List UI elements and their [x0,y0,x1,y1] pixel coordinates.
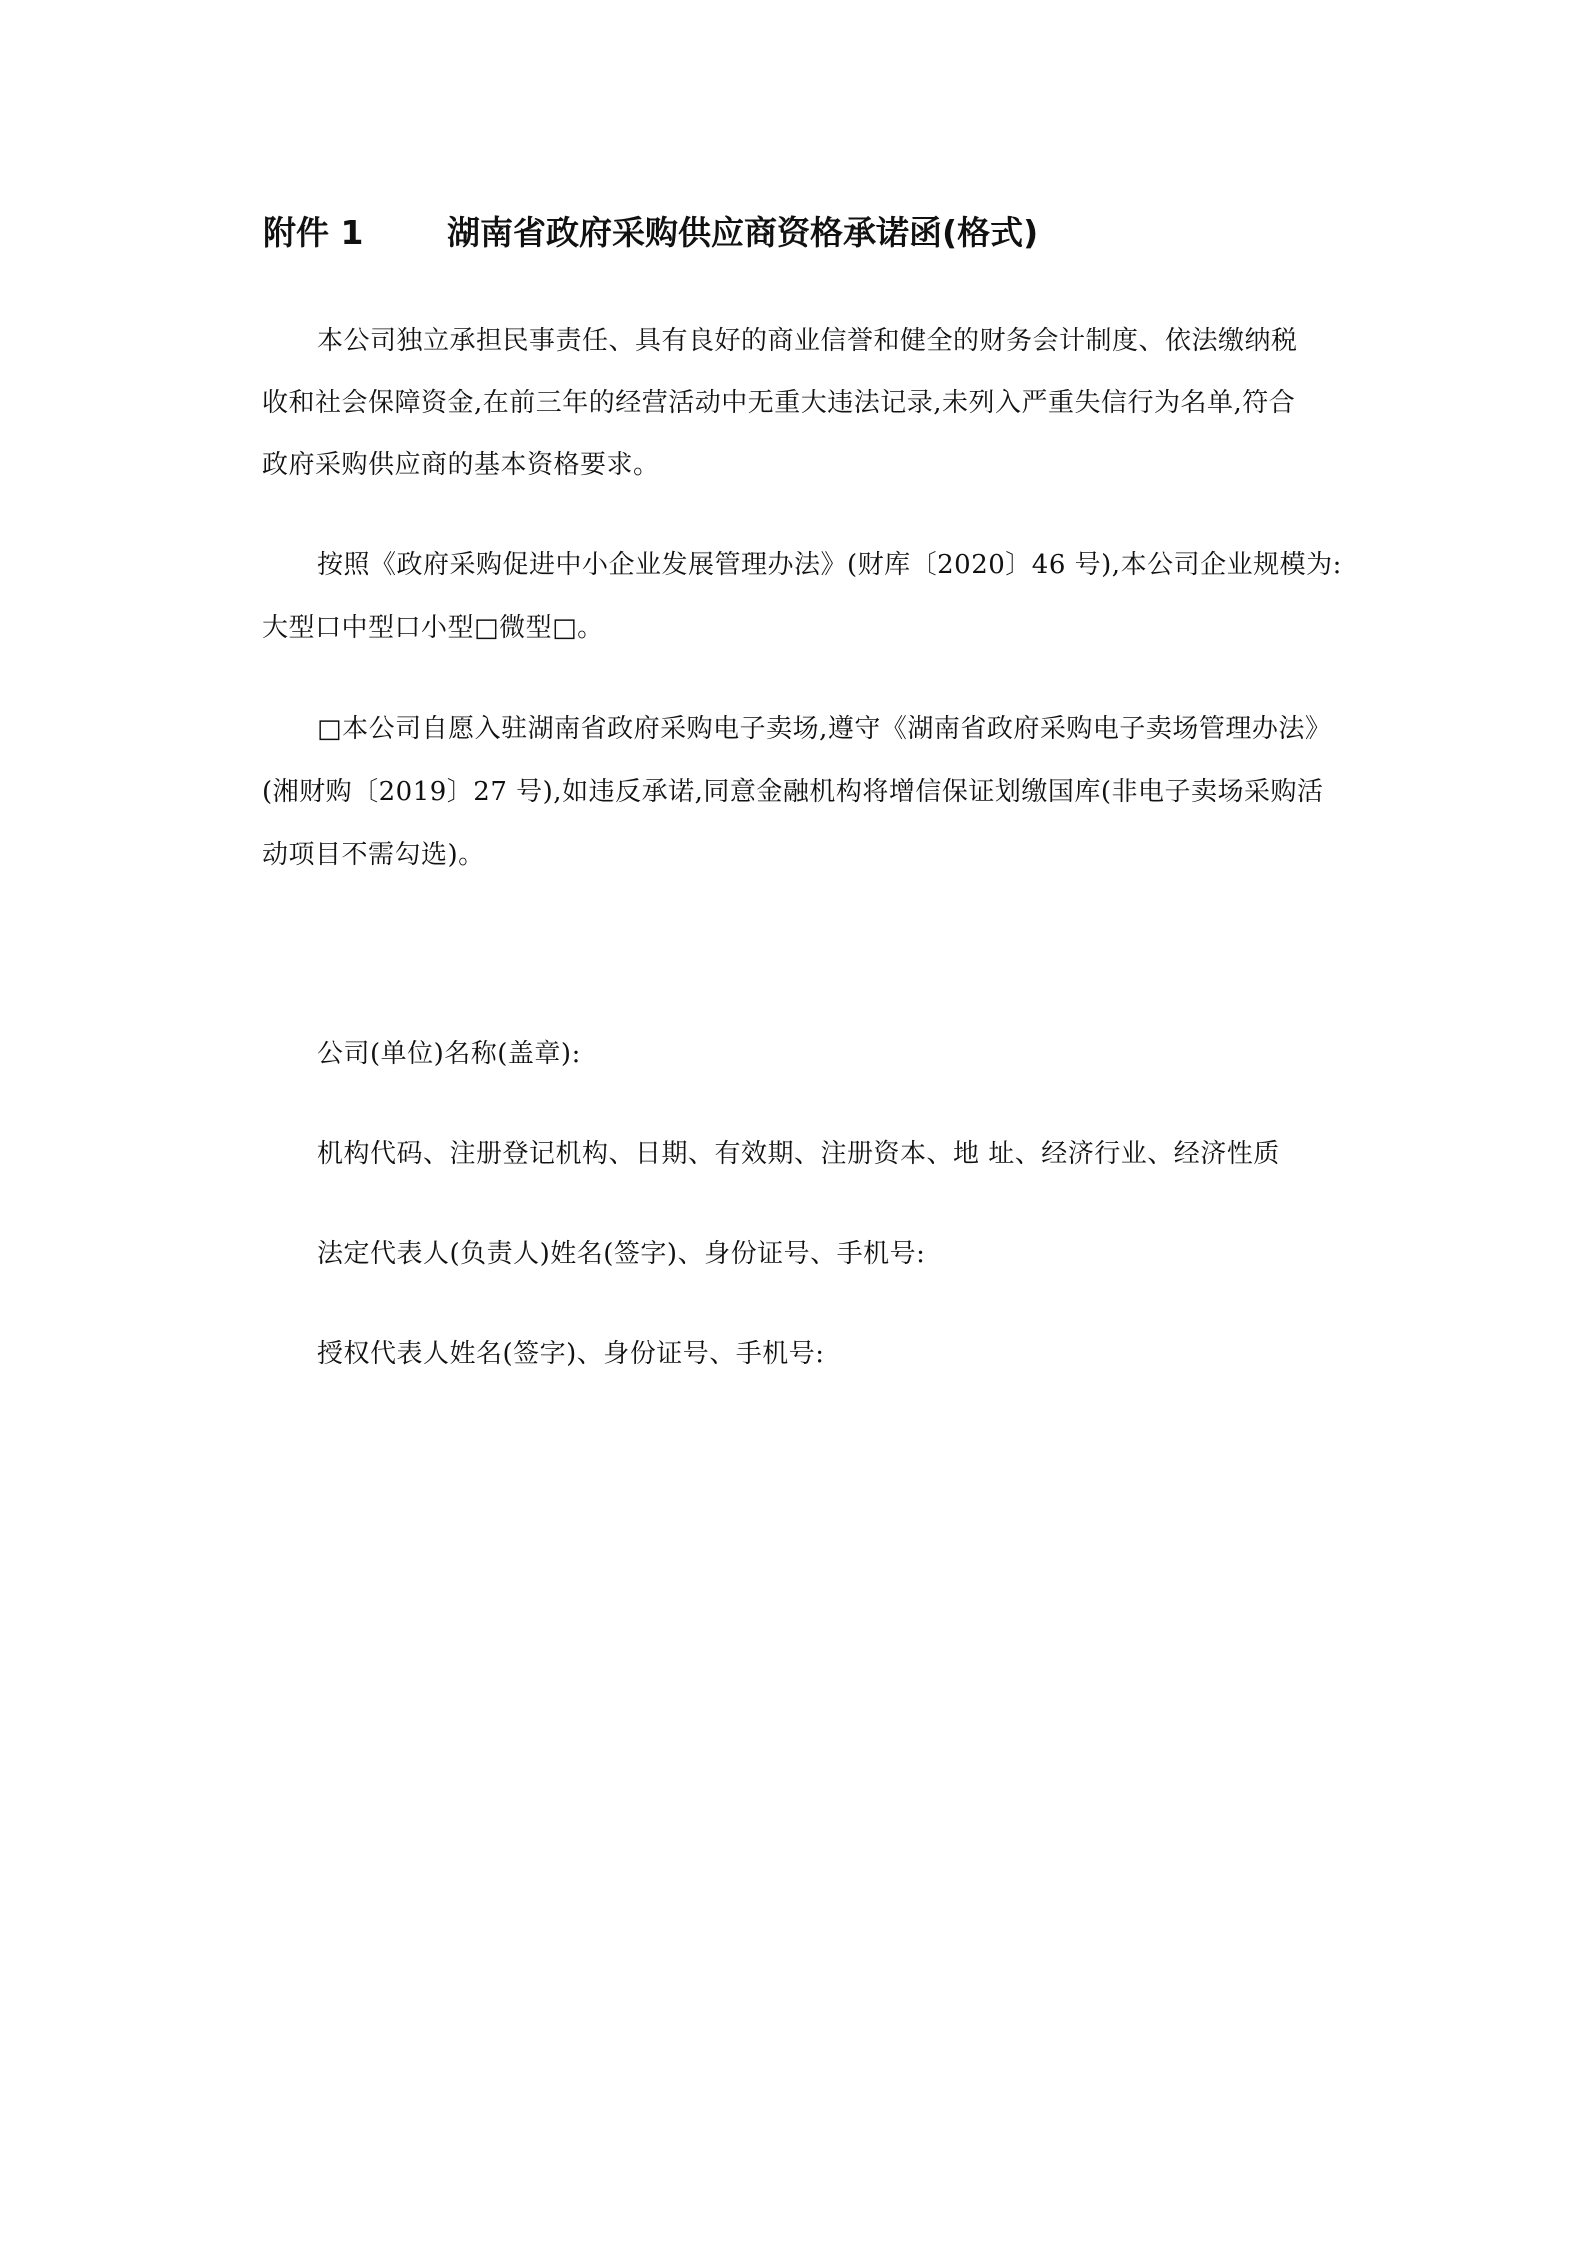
title-text: 湖南省政府采购供应商资格承诺函(格式) [447,213,1038,252]
attachment-label: 附件 1 [263,212,447,254]
paragraph-1-line-3: 政府采购供应商的基本资格要求。 [262,448,660,482]
document-title: 附件 1湖南省政府采购供应商资格承诺函(格式) [263,212,1038,254]
e-mall-commitment-checkbox-line: □本公司自愿入驻湖南省政府采购电子卖场,遵守《湖南省政府采购电子卖场管理办法》 [317,712,1331,746]
legal-representative-field: 法定代表人(负责人)姓名(签字)、身份证号、手机号: [317,1237,925,1271]
paragraph-1-line-2: 收和社会保障资金,在前三年的经营活动中无重大违法记录,未列入严重失信行为名单,符… [262,386,1295,420]
document-page: 附件 1湖南省政府采购供应商资格承诺函(格式) 本公司独立承担民事责任、具有良好… [0,0,1587,2245]
paragraph-2-line-1: 按照《政府采购促进中小企业发展管理办法》(财库〔2020〕46 号),本公司企业… [317,548,1342,582]
paragraph-3-line-2: (湘财购〔2019〕27 号),如违反承诺,同意金融机构将增信保证划缴国库(非电… [262,775,1323,809]
authorized-representative-field: 授权代表人姓名(签字)、身份证号、手机号: [317,1337,825,1371]
enterprise-size-options: 大型口中型口小型□微型□。 [262,611,604,645]
company-name-seal-field: 公司(单位)名称(盖章): [317,1037,581,1071]
paragraph-3-line-3: 动项目不需勾选)。 [262,838,485,872]
organization-info-field: 机构代码、注册登记机构、日期、有效期、注册资本、地 址、经济行业、经济性质 [317,1137,1280,1171]
paragraph-1-line-1: 本公司独立承担民事责任、具有良好的商业信誉和健全的财务会计制度、依法缴纳税 [317,324,1298,358]
